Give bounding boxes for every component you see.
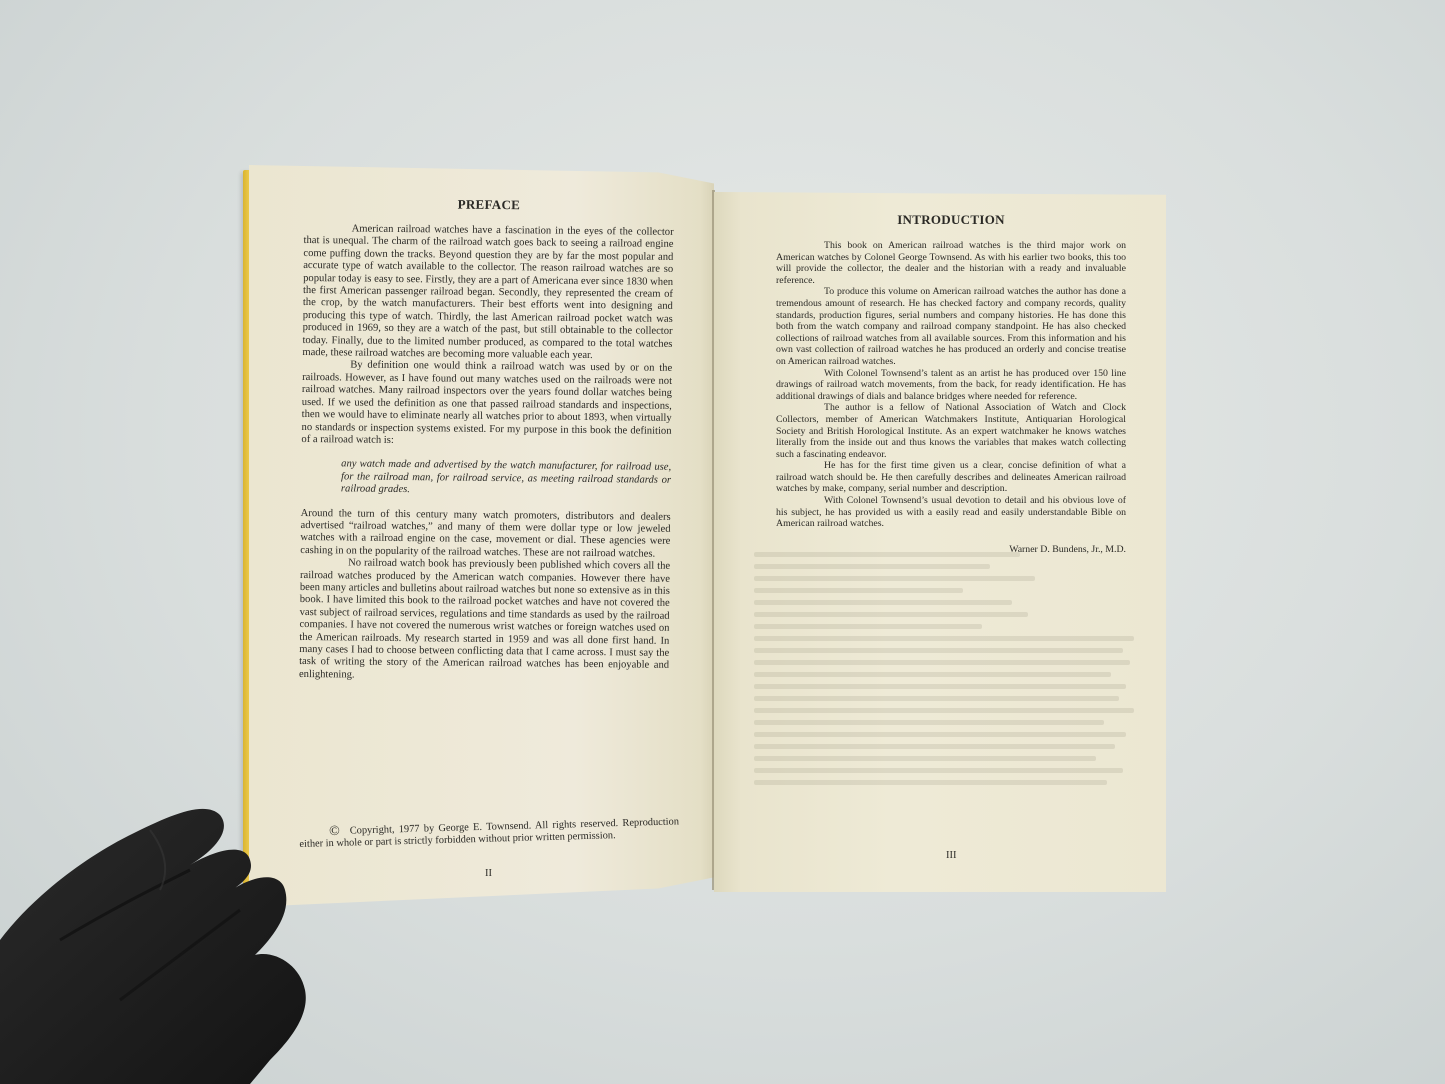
preface-paragraph: American railroad watches have a fascina… [302, 223, 673, 363]
photo-scene: PREFACE American railroad watches have a… [0, 0, 1445, 1084]
page-number: III [946, 850, 957, 861]
introduction-paragraph: With Colonel Townsend’s usual devotion t… [776, 495, 1126, 530]
introduction-paragraph: With Colonel Townsend’s talent as an art… [776, 368, 1126, 403]
introduction-body: This book on American railroad watches i… [776, 240, 1126, 555]
railroad-watch-definition: any watch made and advertised by the wat… [341, 459, 671, 500]
introduction-paragraph: The author is a fellow of National Assoc… [776, 402, 1126, 460]
preface-section: PREFACE American railroad watches have a… [299, 195, 674, 685]
introduction-section: INTRODUCTION This book on American railr… [776, 212, 1126, 565]
page-number: II [485, 868, 492, 879]
show-through-text [754, 552, 1134, 842]
preface-heading: PREFACE [304, 195, 674, 215]
introduction-paragraph: He has for the first time given us a cle… [776, 460, 1126, 495]
preface-paragraph: Around the turn of this century many wat… [300, 508, 670, 561]
introduction-heading: INTRODUCTION [776, 212, 1126, 228]
introduction-paragraph: This book on American railroad watches i… [776, 240, 1126, 286]
preface-body: American railroad watches have a fascina… [299, 223, 674, 685]
copyright-icon: © [329, 824, 340, 839]
copyright-text: Copyright, 1977 by George E. Townsend. A… [299, 816, 679, 850]
author-signature: Warner D. Bundens, Jr., M.D. [776, 544, 1126, 556]
gloved-hand [0, 790, 330, 1084]
introduction-paragraph: To produce this volume on American railr… [776, 286, 1126, 367]
right-page: INTRODUCTION This book on American railr… [714, 192, 1166, 892]
copyright-notice: ©Copyright, 1977 by George E. Townsend. … [299, 816, 680, 851]
preface-paragraph: No railroad watch book has previously be… [299, 557, 670, 685]
preface-paragraph: By definition one would think a railroad… [301, 359, 672, 450]
